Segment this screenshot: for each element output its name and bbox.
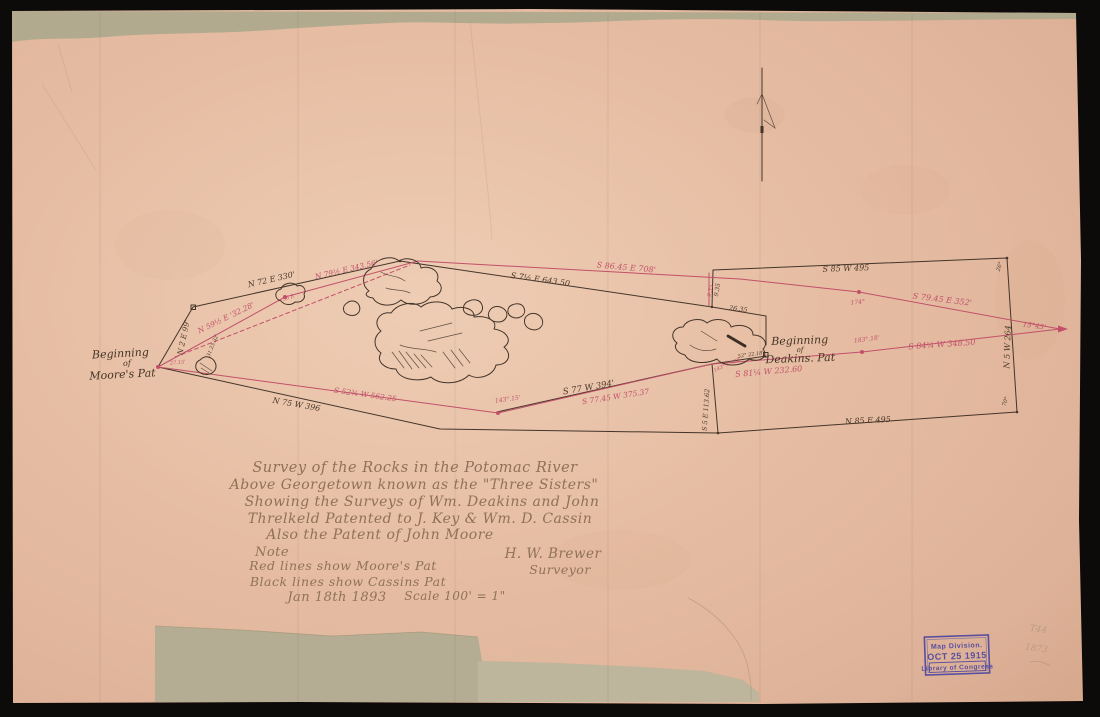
map-title-line2: Above Georgetown known as the "Three Sis… — [228, 477, 599, 493]
bearing-label: N 5 W 264 — [1002, 325, 1013, 370]
map-title-line5: Also the Patent of John Moore — [264, 527, 493, 543]
angle-label: 174° — [850, 298, 865, 306]
map-title-line4: Threlkeld Patented to J. Key & Wm. D. Ca… — [248, 511, 593, 527]
deakins-beginning-line3: Deakins. Pat — [764, 351, 836, 366]
date-text: Jan 18th 1893 — [284, 590, 386, 605]
note-line1: Red lines show Moore's Pat — [248, 558, 437, 573]
surveyor-title: Surveyor — [529, 562, 591, 577]
scanned-survey-map: N 2 E 99' N 72 E 330' S 7½ E 643.50 S 85… — [0, 0, 1100, 717]
stamp-line2: OCT 25 1915 — [927, 650, 987, 662]
map-canvas: N 2 E 99' N 72 E 330' S 7½ E 643.50 S 85… — [0, 0, 1100, 717]
map-title-line3: Showing the Surveys of Wm. Deakins and J… — [245, 494, 600, 510]
paper-sheet — [12, 9, 1083, 704]
bearing-label: S 85 W 495 — [822, 263, 869, 274]
note-line2: Black lines show Cassins Pat — [249, 574, 447, 589]
map-title-line1: Survey of the Rocks in the Potomac River — [252, 460, 578, 476]
scale-text: Scale 100' = 1" — [404, 589, 505, 603]
surveyor-signature: H. W. Brewer — [504, 546, 603, 562]
